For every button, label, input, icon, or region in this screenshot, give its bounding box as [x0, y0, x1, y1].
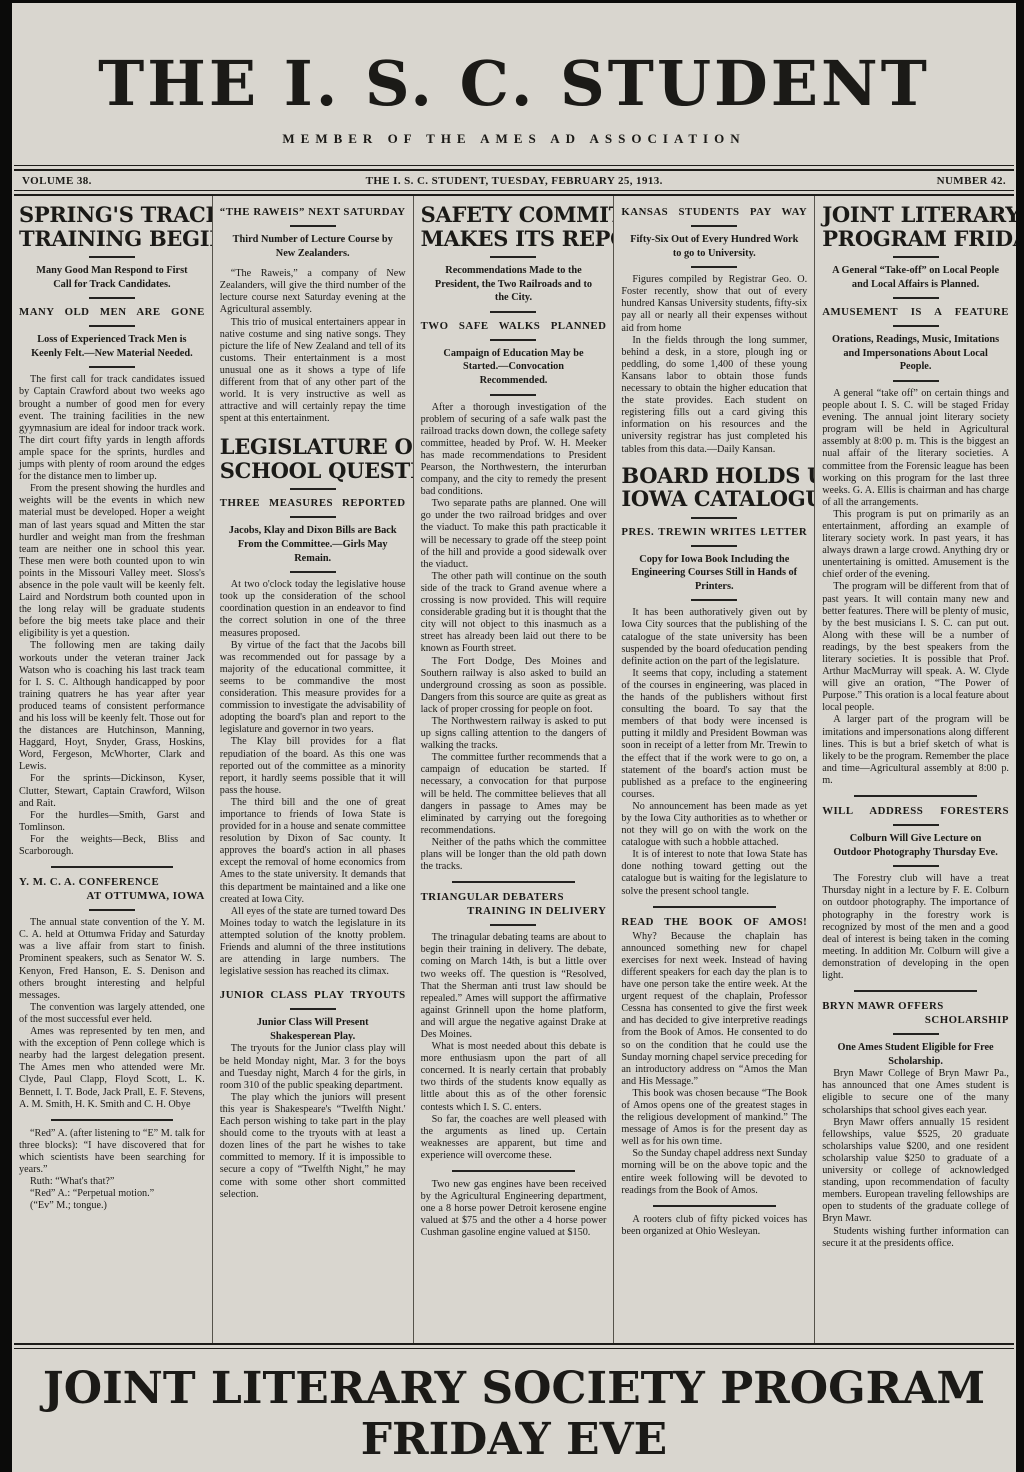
column-1: SPRING'S TRACK TRAINING BEGINS Many Good…: [12, 196, 213, 1343]
paragraph: A larger part of the program will be imi…: [822, 714, 1009, 787]
paragraph: Why? Because the chaplain has announced …: [621, 931, 807, 1088]
paragraph: So far, the coaches are well pleased wit…: [421, 1114, 607, 1162]
deck: A General “Take-off” on Local People and…: [822, 264, 1009, 291]
divider: [290, 571, 336, 573]
article-foresters: WILL ADDRESS FORESTERS Colburn Will Give…: [822, 804, 1009, 982]
paragraph: The program will be different from that …: [822, 581, 1009, 714]
paragraph: For the sprints—Dickinson, Kyser, Clutte…: [19, 773, 205, 809]
paragraph: The first call for track candidates issu…: [19, 374, 205, 483]
headline-kansas: KANSAS STUDENTS PAY WAY: [621, 205, 807, 219]
section-rule: [51, 1119, 174, 1121]
divider: [691, 266, 737, 268]
paragraph: What is most needed about this debate is…: [421, 1041, 607, 1114]
divider: [490, 339, 536, 341]
divider: [691, 517, 737, 519]
divider: [893, 824, 939, 826]
article-legislature: LEGISLATURE ON SCHOOL QUESTION THREE MEA…: [220, 435, 406, 978]
paragraph: The third bill and the one of great impo…: [220, 797, 406, 906]
headline-spring-track: SPRING'S TRACK TRAINING BEGINS: [19, 203, 205, 250]
paragraph: “The Raweis,” a company of New Zealander…: [220, 268, 406, 316]
paragraph: “Red” A.: “Perpetual motion.”: [19, 1188, 205, 1200]
paragraph: Figures compiled by Registrar Geo. O. Fo…: [621, 274, 807, 334]
headline-amos: READ THE BOOK OF AMOS!: [621, 915, 807, 929]
paragraph: The Northwestern railway is asked to put…: [421, 716, 607, 752]
paragraph: All eyes of the state are turned toward …: [220, 906, 406, 979]
headline-safety: SAFETY COMMITTEE MAKES ITS REPORT: [421, 203, 607, 250]
headline-joint-literary: JOINT LITERARY PROGRAM FRIDAY: [822, 203, 1009, 250]
paragraph: The other path will continue on the sout…: [421, 571, 607, 656]
divider: [691, 599, 737, 601]
article-gas-engines: Two new gas engines have been received b…: [421, 1179, 607, 1239]
volume-label: VOLUME 38.: [22, 175, 92, 187]
paragraph: It is of interest to note that Iowa Stat…: [621, 849, 807, 897]
headline-debaters: TRIANGULAR DEBATERS TRAINING IN DELIVERY: [421, 890, 607, 918]
paragraph: The play which the juniors will present …: [220, 1092, 406, 1201]
paragraph: Neither of the paths which the committee…: [421, 837, 607, 873]
divider: [290, 225, 336, 227]
headline-ymca: Y. M. C. A. CONFERENCE AT OTTUMWA, IOWA: [19, 875, 205, 903]
divider: [89, 325, 135, 327]
paragraph: Two new gas engines have been received b…: [421, 1179, 607, 1239]
paragraph: A rooters club of fifty picked voices ha…: [621, 1214, 807, 1238]
paragraph: By virtue of the fact that the Jacobs bi…: [220, 640, 406, 737]
deck: Copy for Iowa Book Including the Enginee…: [621, 553, 807, 594]
deck: Fifty-Six Out of Every Hundred Work to g…: [621, 233, 807, 260]
paragraph: This trio of musical entertainers appear…: [220, 317, 406, 426]
article-debaters: TRIANGULAR DEBATERS TRAINING IN DELIVERY…: [421, 890, 607, 1162]
paragraph: No announcement has been made as yet by …: [621, 801, 807, 849]
newspaper-page: THE I. S. C. STUDENT MEMBER OF THE AMES …: [12, 3, 1016, 1472]
article-kansas-students: KANSAS STUDENTS PAY WAY Fifty-Six Out of…: [621, 205, 807, 456]
divider: [691, 225, 737, 227]
headline-foresters: WILL ADDRESS FORESTERS: [822, 804, 1009, 818]
article-book-of-amos: READ THE BOOK OF AMOS! Why? Because the …: [621, 915, 807, 1197]
deck: Campaign of Education May be Started.—Co…: [421, 347, 607, 388]
column-3: SAFETY COMMITTEE MAKES ITS REPORT Recomm…: [414, 196, 615, 1343]
subhead: TWO SAFE WALKS PLANNED: [421, 319, 607, 333]
section-rule: [452, 881, 575, 883]
masthead: THE I. S. C. STUDENT MEMBER OF THE AMES …: [12, 3, 1016, 147]
deck: Junior Class Will Present Shakesperean P…: [220, 1016, 406, 1043]
paragraph: This program is put on primarily as an e…: [822, 509, 1009, 582]
article-ymca-conference: Y. M. C. A. CONFERENCE AT OTTUMWA, IOWA …: [19, 875, 205, 1111]
subhead: AMUSEMENT IS A FEATURE: [822, 305, 1009, 319]
headline-board: BOARD HOLDS UP IOWA CATALOGUE: [621, 464, 807, 511]
column-4: KANSAS STUDENTS PAY WAY Fifty-Six Out of…: [614, 196, 815, 1343]
paragraph: Ames was represented by ten men, and wit…: [19, 1026, 205, 1111]
paragraph: A general “take off” on certain things a…: [822, 388, 1009, 509]
divider: [490, 256, 536, 258]
newspaper-title: THE I. S. C. STUDENT: [12, 53, 1016, 115]
divider: [490, 924, 536, 926]
deck: Jacobs, Klay and Dixon Bills are Back Fr…: [220, 524, 406, 565]
divider: [89, 909, 135, 911]
article-joke: “Red” A. (after listening to “E” M. talk…: [19, 1128, 205, 1213]
paragraph: This book was chosen because “The Book o…: [621, 1088, 807, 1148]
member-line: MEMBER OF THE AMES AD ASSOCIATION: [12, 131, 1016, 147]
paragraph: (“Ev” M.; tongue.): [19, 1200, 205, 1212]
paragraph: The convention was largely attended, one…: [19, 1002, 205, 1026]
paragraph: The Klay bill provides for a flat repudi…: [220, 736, 406, 796]
divider: [893, 1033, 939, 1035]
article-bryn-mawr: BRYN MAWR OFFERS SCHOLARSHIP One Ames St…: [822, 999, 1009, 1250]
section-rule: [51, 866, 174, 868]
folio-row: VOLUME 38. THE I. S. C. STUDENT, TUESDAY…: [12, 171, 1016, 190]
divider: [893, 380, 939, 382]
paragraph: It seems that copy, including a statemen…: [621, 668, 807, 801]
paragraph: Two separate paths are planned. One will…: [421, 498, 607, 571]
section-rule: [653, 906, 776, 908]
column-2: “THE RAWEIS” NEXT SATURDAY Third Number …: [213, 196, 414, 1343]
deck: Third Number of Lecture Course by New Ze…: [220, 233, 406, 260]
divider: [290, 1008, 336, 1010]
divider: [893, 325, 939, 327]
article-safety-committee: SAFETY COMMITTEE MAKES ITS REPORT Recomm…: [421, 203, 607, 873]
column-5: JOINT LITERARY PROGRAM FRIDAY A General …: [815, 196, 1016, 1343]
paragraph: The following men are taking daily worko…: [19, 640, 205, 773]
deck: Recommendations Made to the President, t…: [421, 264, 607, 305]
paragraph: The Forestry club will have a treat Thur…: [822, 873, 1009, 982]
divider: [290, 488, 336, 490]
article-rooters-club: A rooters club of fifty picked voices ha…: [621, 1214, 807, 1238]
deck: Colburn Will Give Lecture on Outdoor Pho…: [822, 832, 1009, 859]
issue-number: NUMBER 42.: [937, 175, 1006, 187]
divider: [490, 394, 536, 396]
subhead: THREE MEASURES REPORTED: [220, 496, 406, 510]
article-joint-literary: JOINT LITERARY PROGRAM FRIDAY A General …: [822, 203, 1009, 787]
subhead: MANY OLD MEN ARE GONE: [19, 305, 205, 319]
section-rule: [653, 1205, 776, 1207]
paragraph: So the Sunday chapel address next Sunday…: [621, 1148, 807, 1196]
headline-raweis: “THE RAWEIS” NEXT SATURDAY: [220, 205, 406, 219]
paragraph: After a thorough investigation of the pr…: [421, 402, 607, 499]
section-rule: [854, 795, 977, 797]
divider: [893, 297, 939, 299]
headline-bryn-mawr: BRYN MAWR OFFERS SCHOLARSHIP: [822, 999, 1009, 1027]
paragraph: The annual state convention of the Y. M.…: [19, 917, 205, 1002]
paragraph: The trinagular debating teams are about …: [421, 932, 607, 1041]
paragraph: The tryouts for the Junior class play wi…: [220, 1043, 406, 1091]
article-spring-track: SPRING'S TRACK TRAINING BEGINS Many Good…: [19, 203, 205, 858]
paragraph: For the weights—Beck, Bliss and Scarboro…: [19, 834, 205, 858]
paragraph: Ruth: “What's that?”: [19, 1176, 205, 1188]
paragraph: The Fort Dodge, Des Moines and Southern …: [421, 656, 607, 716]
paragraph: Bryn Mawr offers annually 15 resident fe…: [822, 1117, 1009, 1226]
paragraph: Students wishing further information can…: [822, 1226, 1009, 1250]
divider: [893, 865, 939, 867]
divider: [290, 516, 336, 518]
divider: [89, 297, 135, 299]
deck: Loss of Experienced Track Men is Keenly …: [19, 333, 205, 360]
section-rule: [854, 990, 977, 992]
paragraph: “Red” A. (after listening to “E” M. talk…: [19, 1128, 205, 1176]
banner-rule: [14, 1343, 1014, 1349]
headline-junior-play: JUNIOR CLASS PLAY TRYOUTS: [220, 988, 406, 1002]
divider: [89, 256, 135, 258]
deck: One Ames Student Eligible for Free Schol…: [822, 1041, 1009, 1068]
section-rule: [452, 1170, 575, 1172]
footer-banner: JOINT LITERARY SOCIETY PROGRAM FRIDAY EV…: [12, 1363, 1016, 1465]
dateline: THE I. S. C. STUDENT, TUESDAY, FEBRUARY …: [92, 175, 937, 187]
paragraph: From the present showing the hurdles and…: [19, 483, 205, 640]
subhead: PRES. TREWIN WRITES LETTER: [621, 525, 807, 539]
paragraph: It has been authoratively given out by I…: [621, 607, 807, 667]
divider: [89, 366, 135, 368]
deck: Orations, Readings, Music, Imitations an…: [822, 333, 1009, 374]
paragraph: For the hurdles—Smith, Garst and Tomlins…: [19, 810, 205, 834]
paragraph: The committee further recommends that a …: [421, 752, 607, 837]
divider: [691, 545, 737, 547]
divider: [893, 256, 939, 258]
article-raweis: “THE RAWEIS” NEXT SATURDAY Third Number …: [220, 205, 406, 425]
paragraph: In the fields through the long summer, b…: [621, 335, 807, 456]
paragraph: Bryn Mawr College of Bryn Mawr Pa., has …: [822, 1068, 1009, 1116]
column-grid: SPRING'S TRACK TRAINING BEGINS Many Good…: [12, 196, 1016, 1343]
paragraph: At two o'clock today the legislative hou…: [220, 579, 406, 639]
article-board-catalogue: BOARD HOLDS UP IOWA CATALOGUE PRES. TREW…: [621, 464, 807, 898]
divider: [490, 311, 536, 313]
headline-legislature: LEGISLATURE ON SCHOOL QUESTION: [220, 435, 406, 482]
article-junior-play: JUNIOR CLASS PLAY TRYOUTS Junior Class W…: [220, 988, 406, 1200]
deck: Many Good Man Respond to First Call for …: [19, 264, 205, 291]
